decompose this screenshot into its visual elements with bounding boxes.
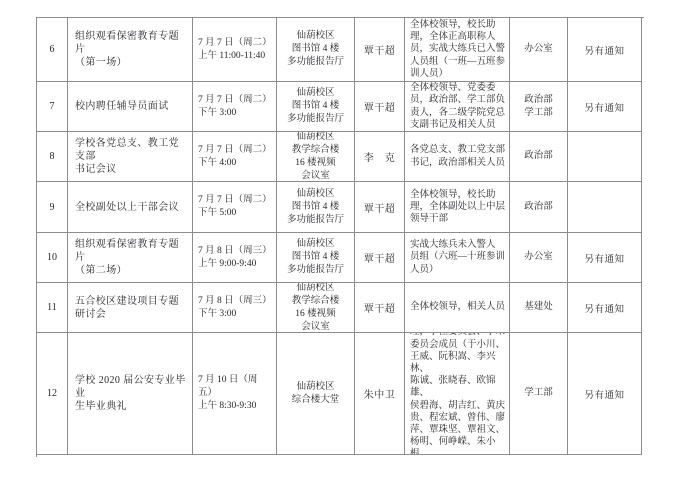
participants-cell: 全体校领导，相关人员 (405, 283, 510, 333)
participants-cell: 全体校领导，校长助 理，全体正高职称人 员，实战大练兵已入警 人员组（一班—五班… (405, 18, 510, 82)
location-cell: 仙葫校区 图书馆 4 楼 多功能报告厅 (277, 18, 355, 82)
organizer-cell: 政治部 (510, 132, 568, 182)
activity-cell: 校内聘任辅导员面试 (68, 82, 193, 132)
participants-cell: 全体校领导，校长助 理，学位委员会、学术 委员会成员（于小川、 王威、阮积嵩、李… (405, 333, 510, 455)
row-number-cell: 7 (37, 82, 68, 132)
location-cell: 仙葫校区 图书馆 4 楼 多功能报告厅 (277, 233, 355, 283)
note-cell: 另有通知 (568, 283, 642, 333)
organizer-cell: 基建处 (510, 283, 568, 333)
host-cell: 覃干超 (355, 82, 405, 132)
organizer-cell: 办公室 (510, 233, 568, 283)
location-cell: 仙葫校区 图书馆 4 楼 多功能报告厅 (277, 82, 355, 132)
organizer-cell: 办公室 (510, 18, 568, 82)
row-number-cell: 11 (37, 283, 68, 333)
time-cell: 7 月 7 日（周二） 下午 3:00 (193, 82, 277, 132)
activity-cell: 五合校区建设项目专题 研讨会 (68, 283, 193, 333)
participants-cell: 全体校领导，校长助 理，全体副处以上中层 领导干部 (405, 182, 510, 233)
activity-cell: 组织观看保密教育专题片 （第一场） (68, 18, 193, 82)
activity-cell: 学校各党总支、教工党支部 书记会议 (68, 132, 193, 182)
participants-cell: 各党总支、教工党支部 书记，政治部相关人员 (405, 132, 510, 182)
row-number-cell: 12 (37, 333, 68, 455)
note-cell: 另有通知 (568, 18, 642, 82)
host-cell: 朱中卫 (355, 333, 405, 455)
document-page: 6 组织观看保密教育专题片 （第一场） 7 月 7 日（周二） 上午 11:00… (0, 0, 680, 480)
participants-cell: 实战大练兵未入警人 员组（六班—十班参训 人员） (405, 233, 510, 283)
row-number-cell: 9 (37, 182, 68, 233)
location-cell: 仙葫校区 教学综合楼 16 楼视频 会议室 (277, 132, 355, 182)
row-number-cell: 8 (37, 132, 68, 182)
time-cell: 7 月 8 日（周三） 下午 3:00 (193, 283, 277, 333)
host-cell: 覃干超 (355, 18, 405, 82)
organizer-cell: 政治部 (510, 182, 568, 233)
participants-cell: 全体校领导、党委委 员，政治部、学工部负 责人，各二级学院党总 支副书记及相关人… (405, 82, 510, 132)
time-cell: 7 月 10 日（周五） 上午 8:30-9:30 (193, 333, 277, 455)
note-cell: 另有通知 (568, 333, 642, 455)
organizer-cell: 政治部 学工部 (510, 82, 568, 132)
host-cell: 覃干超 (355, 233, 405, 283)
time-cell: 7 月 8 日（周三） 上午 9:00-9:40 (193, 233, 277, 283)
schedule-table: 6 组织观看保密教育专题片 （第一场） 7 月 7 日（周二） 上午 11:00… (36, 17, 644, 457)
note-cell: 另有通知 (568, 82, 642, 132)
time-cell: 7 月 7 日（周二） 下午 5:00 (193, 182, 277, 233)
time-cell: 7 月 7 日（周二） 上午 11:00-11:40 (193, 18, 277, 82)
location-cell: 仙葫校区 图书馆 4 楼 多功能报告厅 (277, 182, 355, 233)
time-cell: 7 月 7 日（周二） 下午 4:00 (193, 132, 277, 182)
note-cell: 另有通知 (568, 233, 642, 283)
location-cell: 仙葫校区 教学综合楼 16 楼视频 会议室 (277, 283, 355, 333)
row-number-cell: 6 (37, 18, 68, 82)
note-cell (568, 182, 642, 233)
host-cell: 覃干超 (355, 283, 405, 333)
activity-cell: 全校副处以上干部会议 (68, 182, 193, 233)
host-cell: 李 克 (355, 132, 405, 182)
host-cell: 覃干超 (355, 182, 405, 233)
activity-cell: 组织观看保密教育专题片 （第二场） (68, 233, 193, 283)
activity-cell: 学校 2020 届公安专业毕业 生毕业典礼 (68, 333, 193, 455)
location-cell: 仙葫校区 综合楼大堂 (277, 333, 355, 455)
row-number-cell: 10 (37, 233, 68, 283)
organizer-cell: 学工部 (510, 333, 568, 455)
note-cell (568, 132, 642, 182)
